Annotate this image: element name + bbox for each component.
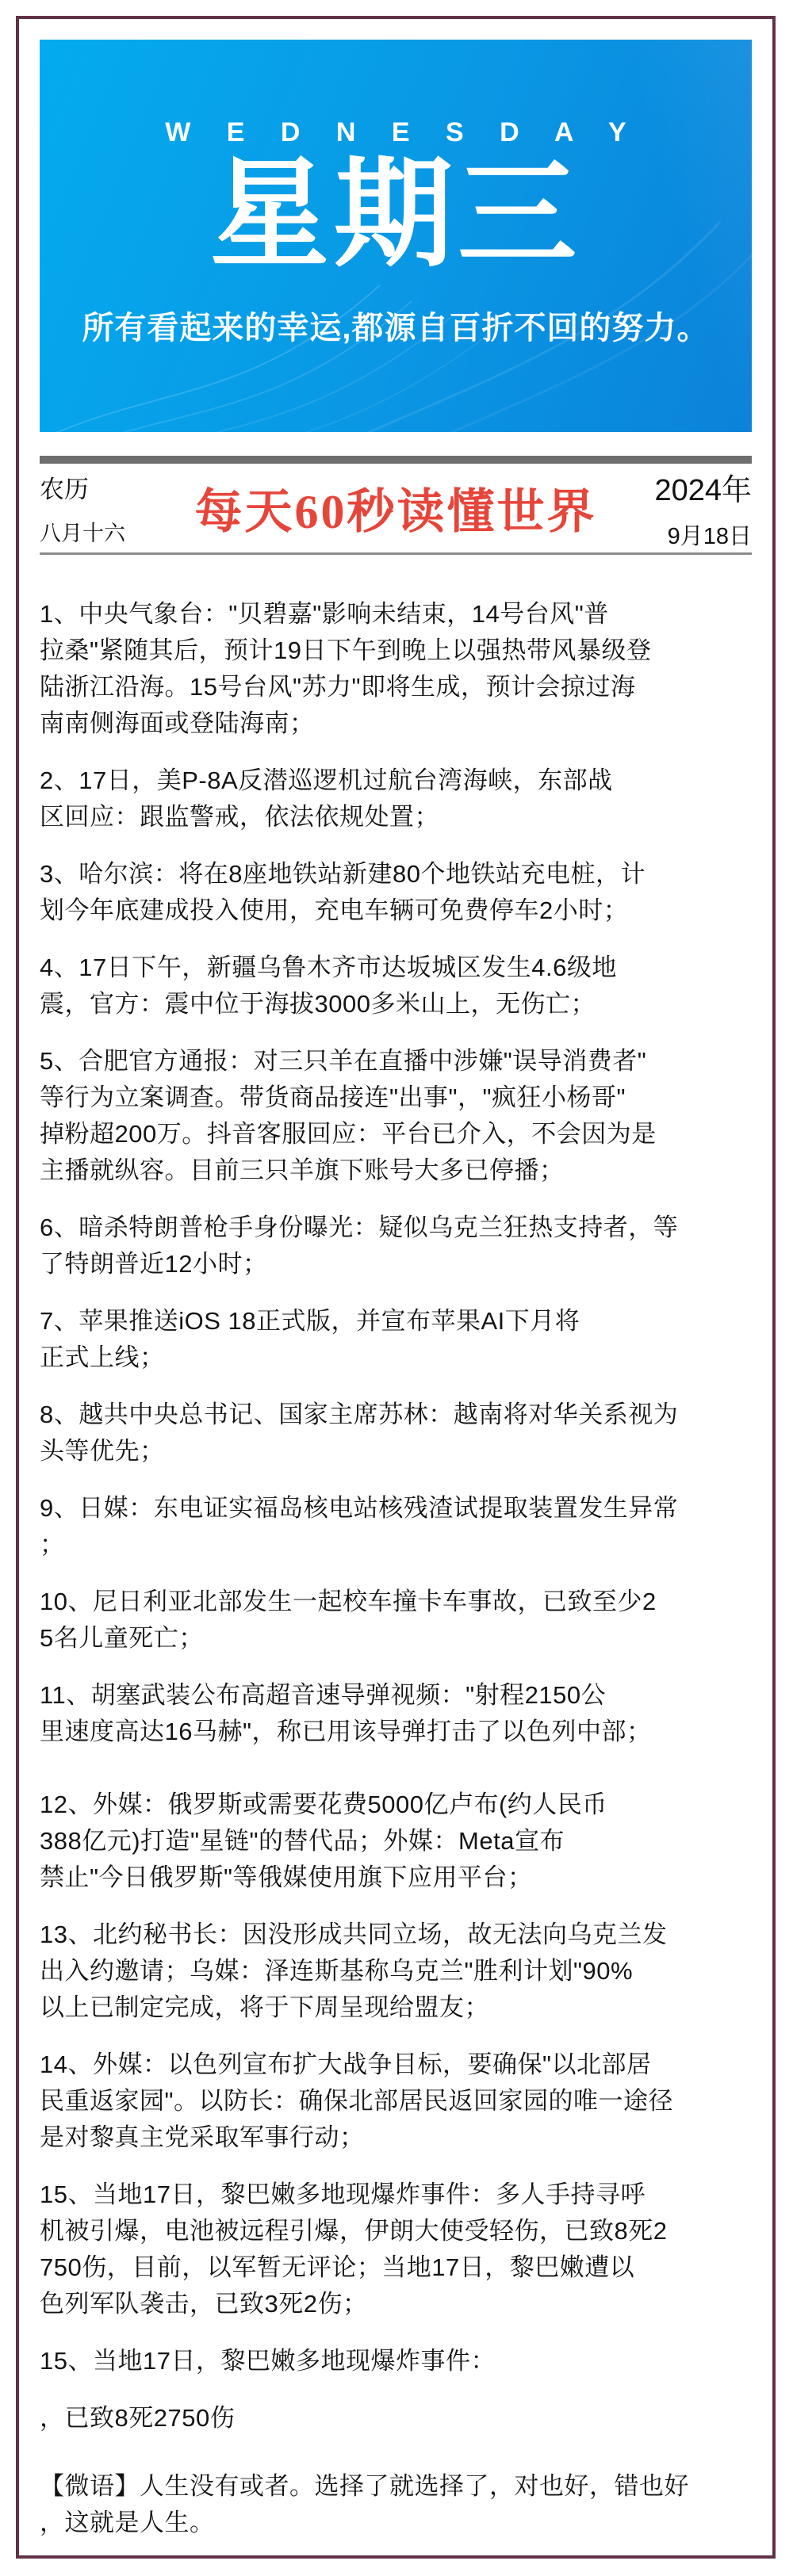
- news-item: 7、苹果推送iOS 18正式版，并宣布苹果AI下月将 正式上线；: [40, 1303, 752, 1376]
- header-banner: W E D N E S D A Y 星期三 所有看起来的幸运,都源自百折不回的努…: [40, 40, 752, 432]
- news-item: 8、越共中央总书记、国家主席苏林：越南将对华关系视为 头等优先；: [40, 1397, 752, 1470]
- news-item: 6、暗杀特朗普枪手身份曝光：疑似乌克兰狂热支持者，等 了特朗普近12小时；: [40, 1210, 752, 1282]
- date-label: 9月18日: [625, 518, 752, 551]
- page-content: W E D N E S D A Y 星期三 所有看起来的幸运,都源自百折不回的努…: [19, 40, 772, 2541]
- news-item: 2、17日，美P-8A反潜巡逻机过航台湾海峡，东部战 区回应：跟监警戒，依法依规…: [40, 762, 752, 835]
- gregorian-block: 2024年 9月18日: [625, 465, 752, 551]
- news-item: 4、17日下午，新疆乌鲁木齐市达坂城区发生4.6级地 震，官方：震中位于海拔30…: [40, 950, 752, 1022]
- footer-quote: 【微语】人生没有或者。选择了就选择了，对也好，错也好 ，这就是人生。: [40, 2468, 752, 2541]
- banner-motto: 所有看起来的幸运,都源自百折不回的努力。: [40, 303, 752, 348]
- news-item: 1、中央气象台："贝碧嘉"影响未结束，14号台风"普 拉桑"紧随其后，预计19日…: [40, 596, 752, 742]
- divider-thick: [40, 456, 752, 464]
- divider-thin: [40, 552, 752, 555]
- news-item: 14、外媒：以色列宣布扩大战争目标，要确保"以北部居 民重返家园"。以防长：确保…: [40, 2047, 752, 2156]
- weekday-chinese: 星期三: [40, 153, 752, 279]
- news-item: 3、哈尔滨：将在8座地铁站新建80个地铁站充电桩，计 划今年底建成投入使用，充电…: [40, 856, 752, 929]
- news-item: 9、日媒：东电证实福岛核电站核残渣试提取装置发生异常 ；: [40, 1490, 752, 1563]
- lunar-calendar-label: 农历: [40, 469, 167, 505]
- news-item: 15、当地17日，黎巴嫩多地现爆炸事件：多人手持寻呼 机被引爆，电池被远程引爆，…: [40, 2177, 752, 2322]
- news-item: 10、尼日利亚北部发生一起校车撞卡车事故，已致至少2 5名儿童死亡；: [40, 1584, 752, 1657]
- weekday-english: W E D N E S D A Y: [40, 40, 752, 148]
- lunar-date: 八月十六: [40, 516, 167, 547]
- news-item: 11、胡塞武装公布高超音速导弹视频："射程2150公 里速度高达16马赫"，称已…: [40, 1677, 752, 1750]
- news-list: 1、中央气象台："贝碧嘉"影响未结束，14号台风"普 拉桑"紧随其后，预计19日…: [40, 596, 752, 2436]
- news-item: 15、当地17日，黎巴嫩多地现爆炸事件：: [40, 2343, 752, 2379]
- news-item: ，已致8死2750伤: [40, 2400, 752, 2436]
- news-item: 13、北约秘书长：因没形成共同立场，故无法向乌克兰发 出入约邀请；乌媒：泽连斯基…: [40, 1917, 752, 2026]
- year-label: 2024年: [625, 465, 752, 509]
- daily-title: 每天60秒读懂世界: [167, 474, 625, 542]
- news-item: 12、外媒：俄罗斯或需要花费5000亿卢布(约人民币 388亿元)打造"星链"的…: [40, 1787, 752, 1896]
- news-item: 5、合肥官方通报：对三只羊在直播中涉嫌"误导消费者" 等行为立案调查。带货商品接…: [40, 1043, 752, 1189]
- page-frame: W E D N E S D A Y 星期三 所有看起来的幸运,都源自百折不回的努…: [16, 16, 776, 2559]
- lunar-block: 农历 八月十六: [40, 469, 167, 547]
- date-row: 农历 八月十六 每天60秒读懂世界 2024年 9月18日: [40, 472, 752, 545]
